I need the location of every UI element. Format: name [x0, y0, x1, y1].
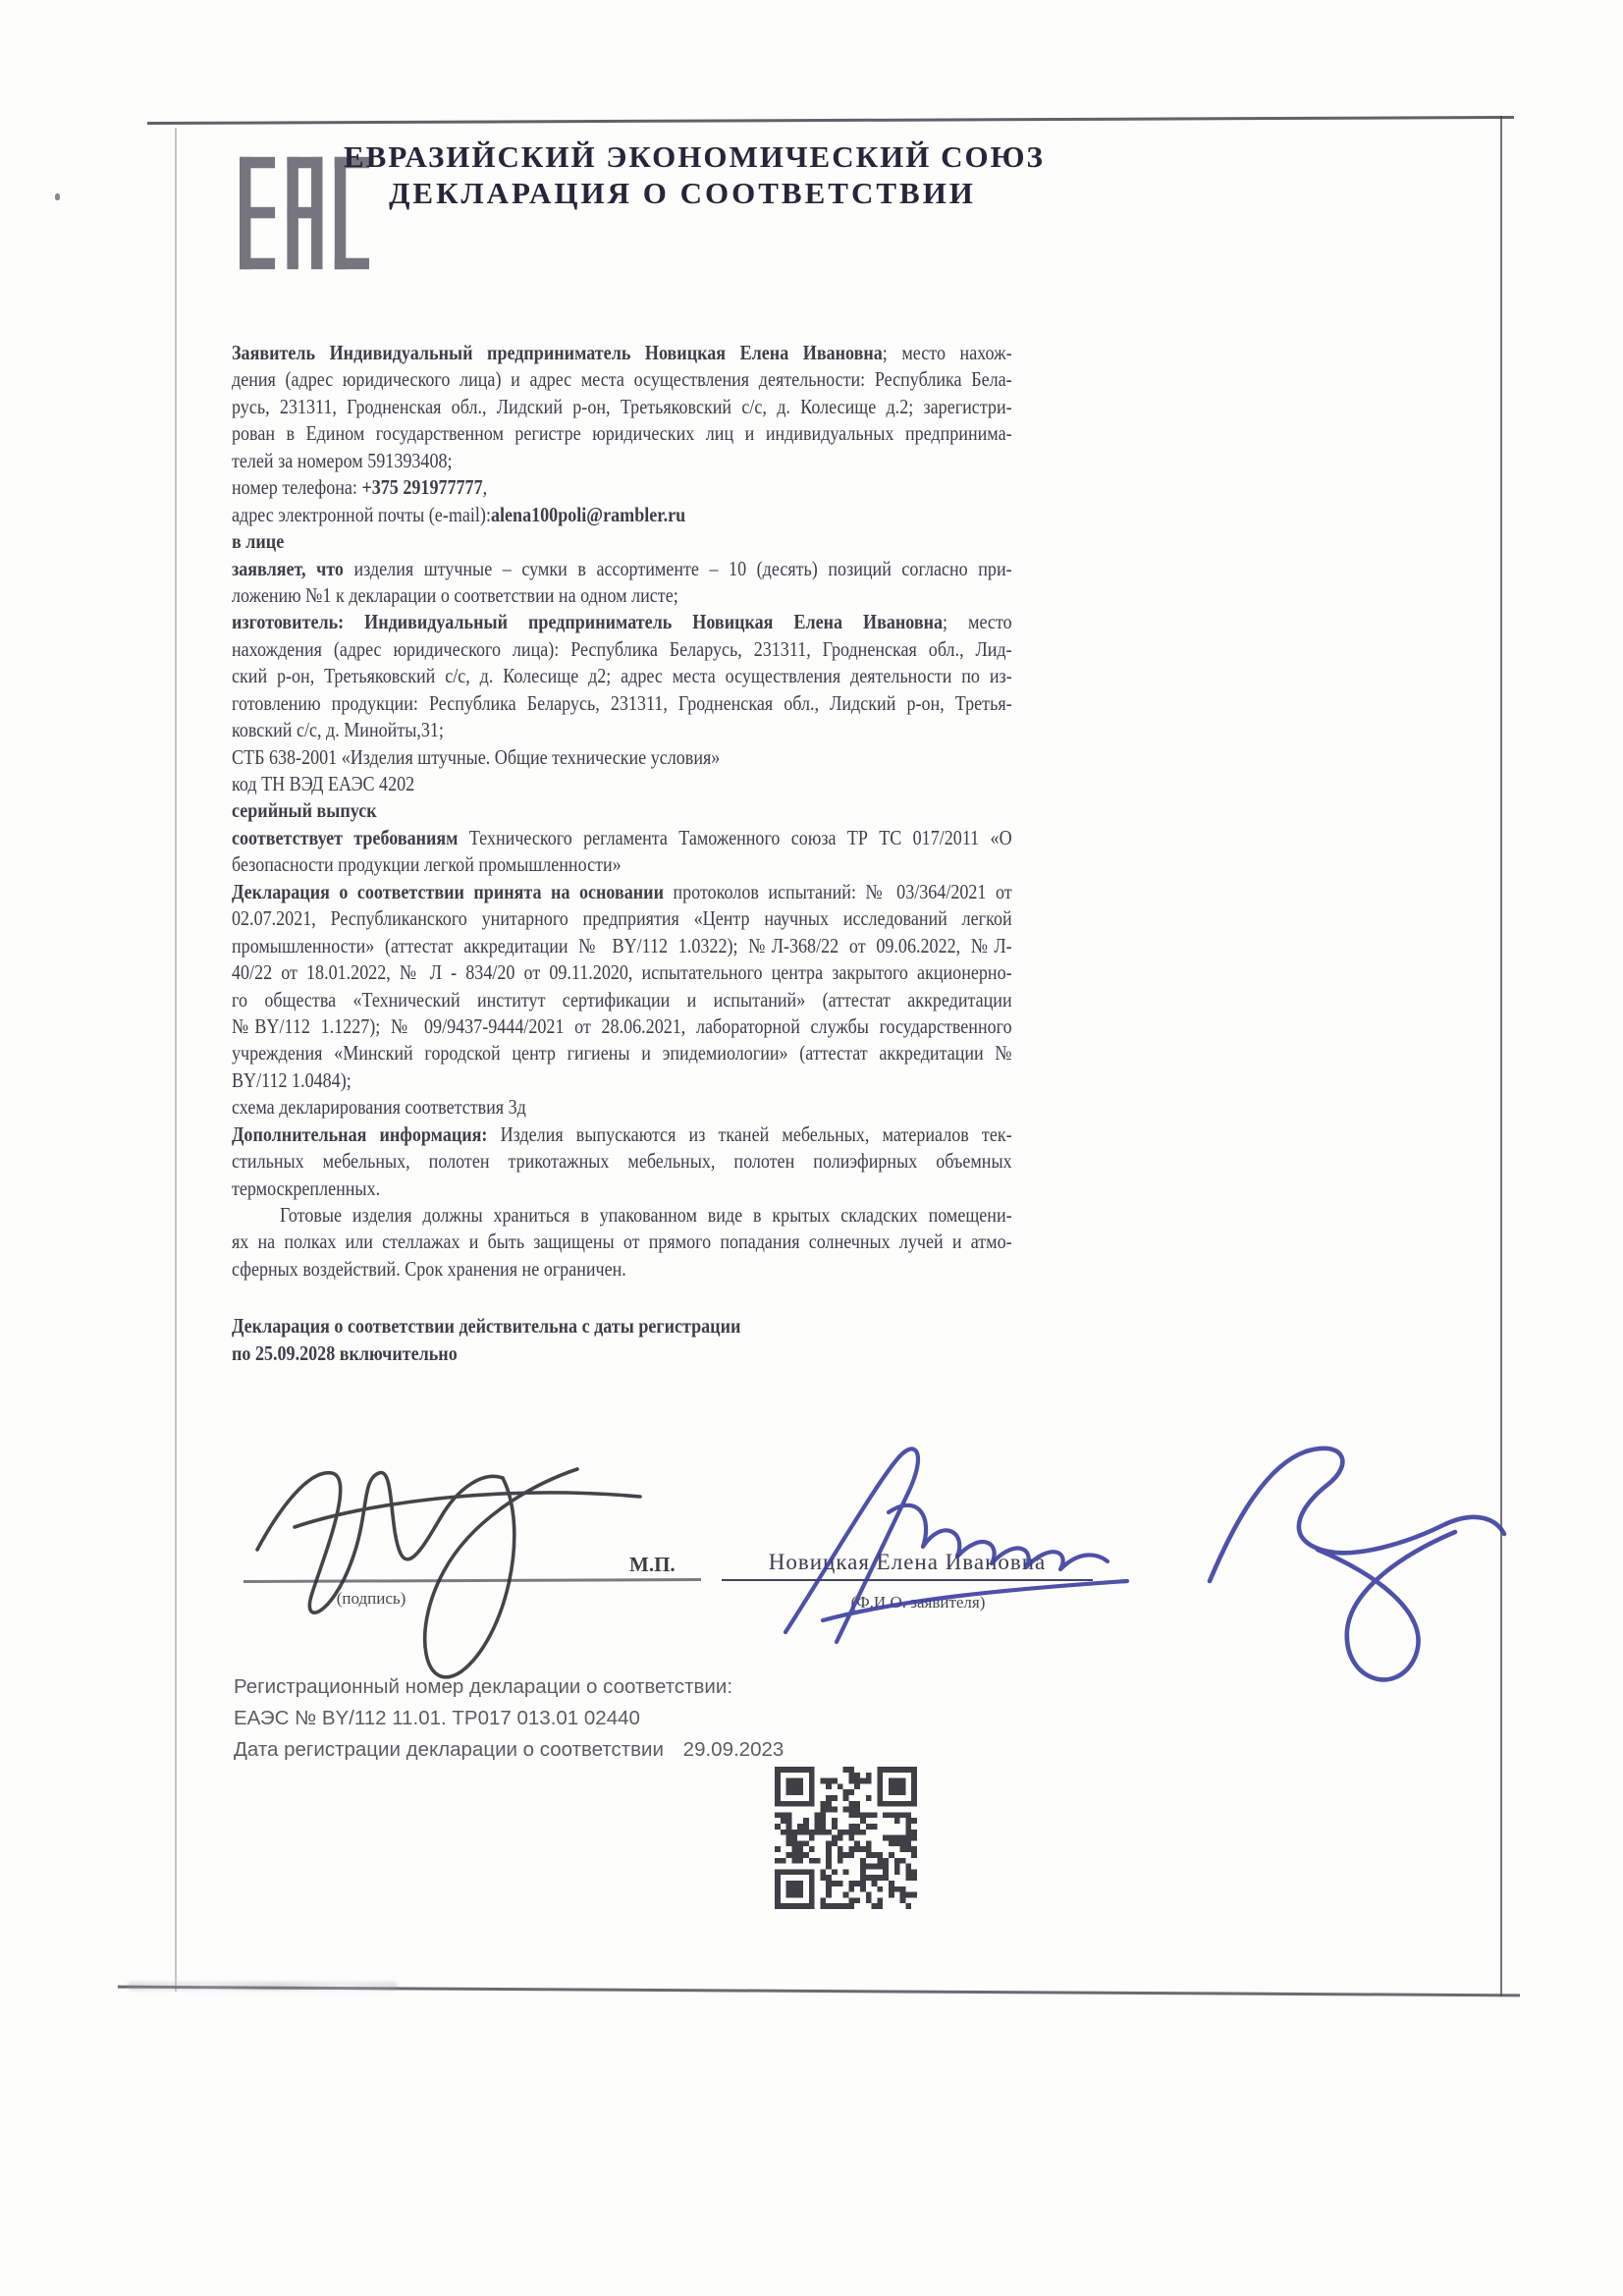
applicant-name: Новицкая Елена Ивановна: [722, 1550, 1093, 1581]
document-text-line: учреждения «Минский городской центр гиги…: [232, 1040, 1012, 1066]
signature-caption: (подпись): [283, 1589, 460, 1609]
document-text-line: рован в Едином государственном регистре …: [232, 420, 1012, 447]
document-title: ЕВРАЗИЙСКИЙ ЭКОНОМИЧЕСКИЙ СОЮЗ ДЕКЛАРАЦИ…: [344, 138, 1021, 211]
document-text-line: го общества «Технический институт сертиф…: [232, 987, 1012, 1013]
registration-date-line: Дата регистрации декларации о соответств…: [234, 1734, 784, 1766]
document-text-line: стильных мебельных, полотен трикотажных …: [232, 1148, 1012, 1175]
document-text-line: Заявитель Индивидуальный предприниматель…: [232, 340, 1012, 366]
scan-noise: [128, 1982, 398, 1991]
document-text-line: сферных воздействий. Срок хранения не ог…: [232, 1256, 1012, 1283]
document-text-line: соответствует требованиям Технического р…: [232, 825, 1012, 851]
scan-speck: [55, 193, 60, 200]
document-text-line: промышленности» (аттестат аккредитации №…: [232, 933, 1012, 959]
document-text-line: Дополнительная информация: Изделия выпус…: [232, 1121, 1012, 1148]
registration-date-label: Дата регистрации декларации о соответств…: [234, 1738, 664, 1761]
scanned-declaration-page: ЕВРАЗИЙСКИЙ ЭКОНОМИЧЕСКИЙ СОЮЗ ДЕКЛАРАЦИ…: [0, 0, 1623, 2296]
registration-number-label: Регистрационный номер декларации о соотв…: [234, 1671, 784, 1703]
left-border-line: [175, 128, 177, 1992]
document-text-line: дения (адрес юридического лица) и адрес …: [232, 366, 1012, 393]
document-text-line: номер телефона: +375 291977777,: [232, 474, 1012, 501]
document-text-line: в лице: [232, 528, 1012, 555]
document-text-line: СТБ 638-2001 «Изделия штучные. Общие тех…: [232, 744, 1012, 771]
document-text-line: безопасности продукции легкой промышленн…: [232, 851, 1012, 878]
document-title-line-2: ДЕКЛАРАЦИЯ О СООТВЕТСТВИИ: [344, 175, 1021, 211]
document-text-line: нахождения (адрес юридического лица): Ре…: [232, 636, 1012, 663]
document-text-line: 40/22 от 18.01.2022, № Л - 834/20 от 09.…: [232, 959, 1012, 986]
signature-blue-right: [1210, 1449, 1504, 1680]
document-text-line: 02.07.2021, Республиканского унитарного …: [232, 905, 1012, 932]
document-text-line: серийный выпуск: [232, 797, 1012, 824]
document-text-line: телей за номером 591393408;: [232, 448, 1012, 474]
document-text-line: Декларация о соответствии принята на осн…: [232, 879, 1012, 905]
document-text-line: заявляет, что изделия штучные – сумки в …: [232, 556, 1012, 582]
document-text-line: №BY/112 1.1227); № 09/9437-9444/2021 от …: [232, 1013, 1012, 1040]
registration-date-value: 29.09.2023: [683, 1738, 784, 1761]
signature-line: [243, 1578, 701, 1583]
document-text-line: по 25.09.2028 включительно: [232, 1340, 1012, 1367]
document-text-line: термоскрепленных.: [232, 1175, 1012, 1202]
registration-number: ЕАЭС № BY/112 11.01. ТР017 013.01 02440: [234, 1703, 784, 1734]
document-text-line: Готовые изделия должны храниться в упако…: [232, 1202, 1012, 1229]
signature-blue-center: [785, 1449, 1127, 1642]
qr-code: [775, 1767, 917, 1909]
document-title-line-1: ЕВРАЗИЙСКИЙ ЭКОНОМИЧЕСКИЙ СОЮЗ: [344, 138, 1021, 175]
body-text: Заявитель Индивидуальный предприниматель…: [232, 340, 1012, 1367]
applicant-caption: (Ф.И.О. заявителя): [830, 1593, 1006, 1613]
document-text-line: ский р-он, Третьяковский с/с, д. Колесищ…: [232, 663, 1012, 689]
registration-block: Регистрационный номер декларации о соотв…: [234, 1671, 784, 1766]
document-text-line: готовлению продукции: Республика Беларус…: [232, 690, 1012, 717]
stamp-label: М.П.: [629, 1553, 676, 1577]
document-text-line: адрес электронной почты (e-mail):alena10…: [232, 502, 1012, 528]
document-text-line: русь, 231311, Гродненская обл., Лидский …: [232, 394, 1012, 420]
document-text-line: ях на полках или стеллажах и быть защище…: [232, 1229, 1012, 1255]
document-text-line: изготовитель: Индивидуальный предпринима…: [232, 609, 1012, 635]
right-border-line: [1500, 116, 1502, 1996]
document-text-line: ложению №1 к декларации о соответствии н…: [232, 582, 1012, 609]
document-text-line: BY/112 1.0484);: [232, 1067, 1012, 1094]
document-text-line: код ТН ВЭД ЕАЭС 4202: [232, 771, 1012, 797]
document-text-line: ковский с/с, д. Минойты,31;: [232, 717, 1012, 743]
document-text-line: схема декларирования соответствия 3д: [232, 1094, 1012, 1121]
document-text-line: Декларация о соответствии действительна …: [232, 1313, 1012, 1339]
top-border-line: [147, 116, 1514, 125]
signature-black-ink: [257, 1469, 640, 1677]
